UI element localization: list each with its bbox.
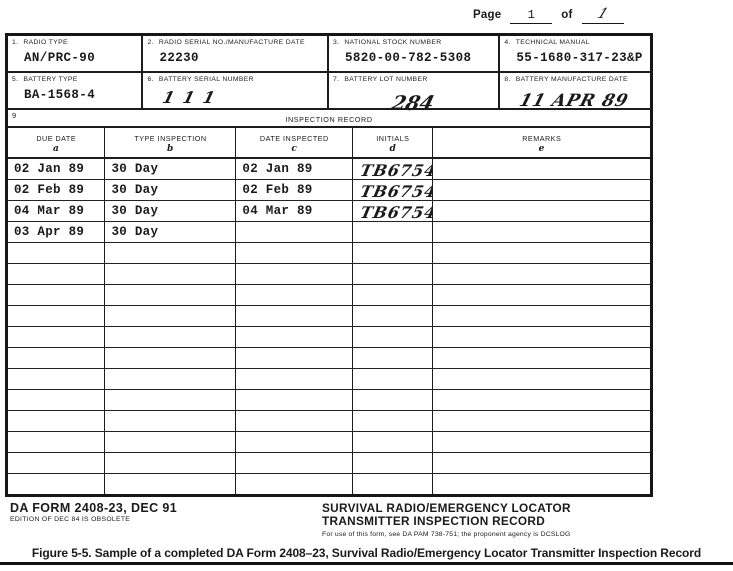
cell-type_inspection	[105, 326, 236, 347]
column-header-label: DATE INSPECTED	[260, 134, 329, 143]
cell-type_inspection	[105, 242, 236, 263]
cell-due_date: 03 Apr 89	[8, 221, 105, 242]
cell-due_date	[8, 284, 105, 305]
cell-type_inspection: 30 Day	[105, 158, 236, 179]
field-label-text: RADIO SERIAL NO./MANUFACTURE DATE	[159, 39, 305, 46]
field-label-text: TECHNICAL MANUAL	[516, 39, 590, 46]
column-letter: a	[8, 144, 104, 154]
cell-date_inspected	[236, 368, 353, 389]
field-value: BA-1568-4	[8, 88, 141, 102]
cell-remarks	[433, 473, 650, 494]
table-row-empty	[8, 410, 650, 431]
cell-due_date	[8, 473, 105, 494]
inspection-record-section-header: 9 INSPECTION RECORD	[8, 110, 650, 128]
cell-type_inspection	[105, 410, 236, 431]
table-row-empty	[8, 305, 650, 326]
cell-date_inspected	[236, 305, 353, 326]
cell-initials	[353, 242, 433, 263]
cell-date_inspected: 02 Feb 89	[236, 179, 353, 200]
cell-type_inspection	[105, 368, 236, 389]
handwritten-initials: TB6754	[357, 182, 433, 200]
column-header-label: INITIALS	[376, 134, 409, 143]
cell-date_inspected	[236, 452, 353, 473]
column-header: DUE DATEa	[8, 128, 105, 158]
cell-initials	[353, 347, 433, 368]
cell-due_date	[8, 410, 105, 431]
cell-due_date	[8, 431, 105, 452]
bottom-rule	[0, 562, 733, 565]
cell-remarks	[433, 389, 650, 410]
field-label: 7.BATTERY LOT NUMBER	[333, 76, 495, 83]
column-letter: c	[236, 144, 352, 154]
cell-type_inspection	[105, 263, 236, 284]
cell-remarks	[433, 326, 650, 347]
cell-remarks	[433, 452, 650, 473]
form-number: DA FORM 2408-23, DEC 91	[10, 501, 177, 515]
field-number: 2.	[147, 39, 153, 46]
field-number: 3.	[333, 39, 339, 46]
table-row-empty	[8, 284, 650, 305]
cell-type_inspection: 30 Day	[105, 221, 236, 242]
field-number: 4.	[504, 39, 510, 46]
cell-remarks	[433, 263, 650, 284]
column-header: REMARKSe	[433, 128, 650, 158]
field-number: 8.	[504, 76, 510, 83]
column-header-label: DUE DATE	[36, 134, 76, 143]
column-header: DATE INSPECTEDc	[236, 128, 353, 158]
cell-initials	[353, 473, 433, 494]
cell-due_date: 04 Mar 89	[8, 200, 105, 221]
cell-remarks	[433, 284, 650, 305]
column-letter: e	[433, 144, 650, 154]
total-pages-value: 1	[595, 8, 609, 21]
cell-remarks	[433, 179, 650, 200]
inspection-table-header: DUE DATEaTYPE INSPECTIONbDATE INSPECTEDc…	[8, 128, 650, 158]
cell-due_date	[8, 305, 105, 326]
table-row: 03 Apr 8930 Day	[8, 221, 650, 242]
field-label: 1.RADIO TYPE	[12, 39, 138, 46]
cell-type_inspection: 30 Day	[105, 179, 236, 200]
header-fields: 1.RADIO TYPEAN/PRC-902.RADIO SERIAL NO./…	[8, 36, 650, 110]
section9-title: INSPECTION RECORD	[8, 110, 650, 124]
cell-remarks	[433, 410, 650, 431]
column-header: INITIALSd	[353, 128, 433, 158]
cell-type_inspection	[105, 284, 236, 305]
cell-initials: TB6754	[353, 200, 433, 221]
form-number-block: DA FORM 2408-23, DEC 91 EDITION OF DEC 8…	[10, 501, 177, 523]
page-number-value: 1	[528, 8, 535, 22]
cell-initials: TB6754	[353, 179, 433, 200]
page-number-line: Page1of1	[473, 8, 633, 24]
total-pages-slot: 1	[582, 8, 624, 24]
cell-remarks	[433, 158, 650, 179]
cell-initials	[353, 263, 433, 284]
table-row-empty	[8, 263, 650, 284]
field-label-text: BATTERY TYPE	[23, 76, 77, 83]
field-label: 4.TECHNICAL MANUAL	[504, 39, 647, 46]
table-row: 04 Mar 8930 Day04 Mar 89TB6754	[8, 200, 650, 221]
cell-date_inspected: 04 Mar 89	[236, 200, 353, 221]
cell-type_inspection	[105, 389, 236, 410]
form-title-block: SURVIVAL RADIO/EMERGENCY LOCATOR TRANSMI…	[322, 502, 571, 538]
figure-caption: Figure 5-5. Sample of a completed DA For…	[0, 546, 733, 560]
field-number: 6.	[147, 76, 153, 83]
field-label-text: RADIO TYPE	[23, 39, 68, 46]
field-value: 55-1680-317-23&P	[500, 51, 650, 65]
cell-due_date	[8, 389, 105, 410]
cell-date_inspected	[236, 473, 353, 494]
of-label: of	[561, 9, 572, 21]
cell-date_inspected	[236, 242, 353, 263]
field-label: 8.BATTERY MANUFACTURE DATE	[504, 76, 647, 83]
cell-initials	[353, 389, 433, 410]
cell-date_inspected	[236, 284, 353, 305]
cell-due_date	[8, 263, 105, 284]
cell-date_inspected: 02 Jan 89	[236, 158, 353, 179]
column-letter: d	[353, 144, 432, 154]
cell-remarks	[433, 368, 650, 389]
cell-initials	[353, 410, 433, 431]
handwritten-initials: TB6754	[357, 203, 433, 221]
table-row: 02 Feb 8930 Day02 Feb 89TB6754	[8, 179, 650, 200]
cell-remarks	[433, 431, 650, 452]
handwritten-initials: TB6754	[357, 161, 433, 179]
column-header-label: TYPE INSPECTION	[134, 134, 206, 143]
cell-remarks	[433, 305, 650, 326]
field-value: 22230	[143, 51, 327, 65]
table-row: 02 Jan 8930 Day02 Jan 89TB6754	[8, 158, 650, 179]
field-value: 111	[141, 88, 329, 107]
field-label: 2.RADIO SERIAL NO./MANUFACTURE DATE	[147, 39, 324, 46]
field-cell: 2.RADIO SERIAL NO./MANUFACTURE DATE22230	[143, 36, 329, 73]
inspection-record-table: DUE DATEaTYPE INSPECTIONbDATE INSPECTEDc…	[8, 128, 650, 494]
column-letter: b	[105, 144, 235, 154]
document-page: Page1of1 1.RADIO TYPEAN/PRC-902.RADIO SE…	[0, 0, 733, 571]
field-value: AN/PRC-90	[8, 51, 141, 65]
field-cell: 5.BATTERY TYPEBA-1568-4	[8, 73, 143, 110]
cell-type_inspection	[105, 452, 236, 473]
cell-due_date: 02 Feb 89	[8, 179, 105, 200]
cell-type_inspection	[105, 431, 236, 452]
field-cell: 1.RADIO TYPEAN/PRC-90	[8, 36, 143, 73]
field-cell: 3.NATIONAL STOCK NUMBER5820-00-782-5308	[329, 36, 500, 73]
field-label-text: BATTERY MANUFACTURE DATE	[516, 76, 628, 83]
field-label: 5.BATTERY TYPE	[12, 76, 138, 83]
field-label-text: NATIONAL STOCK NUMBER	[344, 39, 441, 46]
column-header: TYPE INSPECTIONb	[105, 128, 236, 158]
field-label: 3.NATIONAL STOCK NUMBER	[333, 39, 495, 46]
column-header-label: REMARKS	[522, 134, 561, 143]
table-row-empty	[8, 389, 650, 410]
cell-type_inspection: 30 Day	[105, 200, 236, 221]
edition-note: EDITION OF DEC 84 IS OBSOLETE	[10, 516, 177, 523]
cell-type_inspection	[105, 473, 236, 494]
table-row-empty	[8, 347, 650, 368]
form-title-line2: TRANSMITTER INSPECTION RECORD	[322, 515, 571, 528]
da-form-2408-23: 1.RADIO TYPEAN/PRC-902.RADIO SERIAL NO./…	[5, 33, 653, 497]
field-label-text: BATTERY SERIAL NUMBER	[159, 76, 254, 83]
cell-initials	[353, 221, 433, 242]
cell-initials	[353, 431, 433, 452]
cell-date_inspected	[236, 326, 353, 347]
table-row-empty	[8, 242, 650, 263]
cell-initials	[353, 368, 433, 389]
field-value: 5820-00-782-5308	[329, 51, 498, 65]
cell-date_inspected	[236, 221, 353, 242]
page-label: Page	[473, 9, 501, 21]
section9-number: 9	[12, 111, 16, 120]
page-number-slot: 1	[510, 9, 552, 24]
cell-date_inspected	[236, 263, 353, 284]
cell-type_inspection	[105, 305, 236, 326]
cell-date_inspected	[236, 431, 353, 452]
cell-initials	[353, 284, 433, 305]
cell-initials	[353, 452, 433, 473]
cell-due_date	[8, 452, 105, 473]
cell-type_inspection	[105, 347, 236, 368]
field-cell: 4.TECHNICAL MANUAL55-1680-317-23&P	[500, 36, 650, 73]
cell-date_inspected	[236, 410, 353, 431]
cell-initials	[353, 305, 433, 326]
table-row-empty	[8, 431, 650, 452]
table-row-empty	[8, 473, 650, 494]
field-number: 5.	[12, 76, 18, 83]
cell-due_date	[8, 326, 105, 347]
cell-due_date	[8, 242, 105, 263]
cell-due_date: 02 Jan 89	[8, 158, 105, 179]
cell-due_date	[8, 368, 105, 389]
field-cell: 8.BATTERY MANUFACTURE DATE11 APR 89	[500, 73, 650, 110]
field-cell: 6.BATTERY SERIAL NUMBER111	[143, 73, 329, 110]
field-cell: 7.BATTERY LOT NUMBER284	[329, 73, 500, 110]
field-label-text: BATTERY LOT NUMBER	[344, 76, 427, 83]
usage-note: For use of this form, see DA PAM 738-751…	[322, 531, 571, 538]
cell-due_date	[8, 347, 105, 368]
cell-remarks	[433, 221, 650, 242]
cell-date_inspected	[236, 347, 353, 368]
cell-remarks	[433, 200, 650, 221]
field-label: 6.BATTERY SERIAL NUMBER	[147, 76, 324, 83]
field-value: 11 APR 89	[497, 91, 652, 111]
cell-initials: TB6754	[353, 158, 433, 179]
field-number: 1.	[12, 39, 18, 46]
cell-remarks	[433, 347, 650, 368]
field-number: 7.	[333, 76, 339, 83]
table-row-empty	[8, 326, 650, 347]
cell-date_inspected	[236, 389, 353, 410]
cell-initials	[353, 326, 433, 347]
table-row-empty	[8, 368, 650, 389]
table-row-empty	[8, 452, 650, 473]
cell-remarks	[433, 242, 650, 263]
